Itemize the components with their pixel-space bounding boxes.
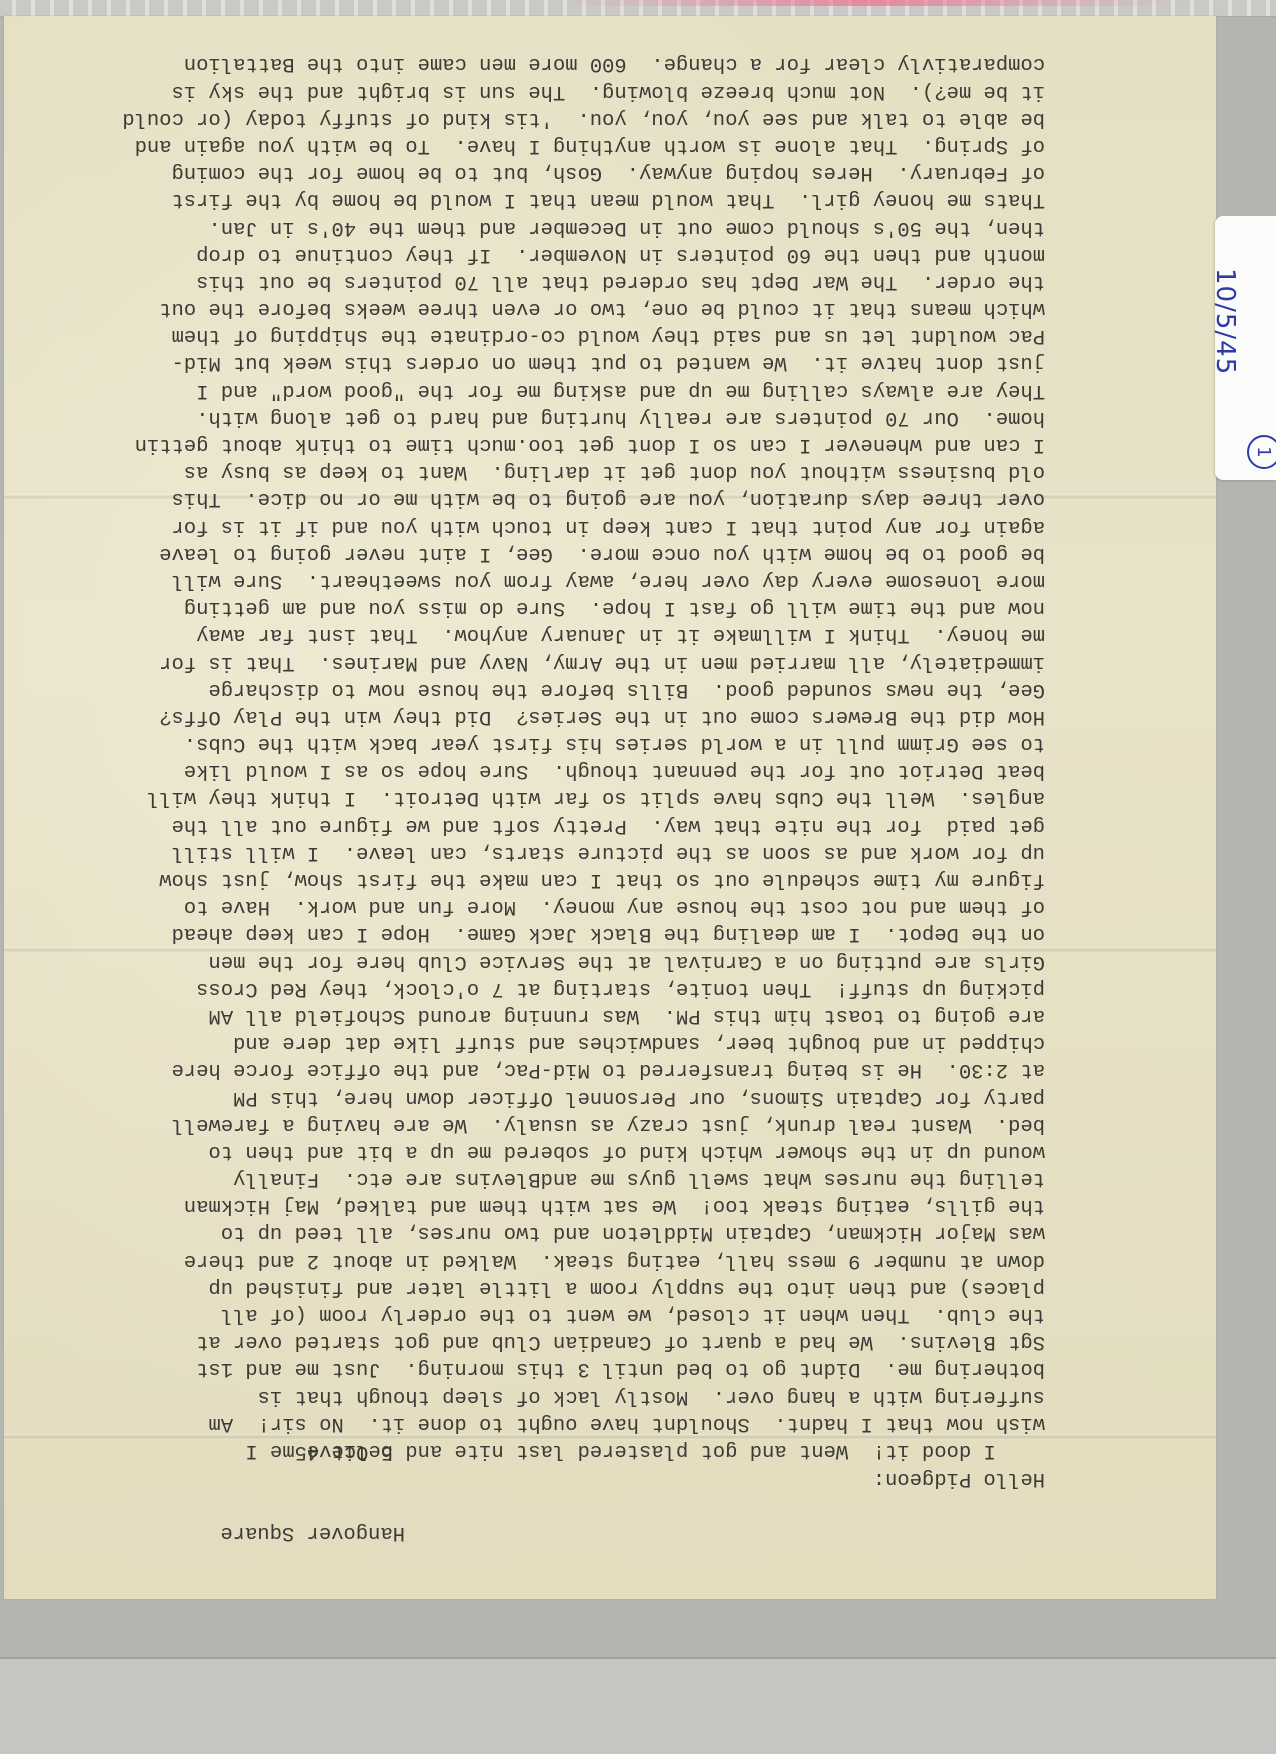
- letter-line: of them and not cost the house any money…: [122, 893, 1045, 920]
- scanner-bed: [0, 1657, 1276, 1754]
- letter-line: down at number 9 mess hall, eating steak…: [122, 1247, 1045, 1274]
- letter-line: more lonesome every day over here, away …: [122, 567, 1045, 594]
- letter-line: Thats me honey girl. That would mean tha…: [122, 186, 1045, 213]
- letter-line: of Spring. That alone is worth anything …: [122, 132, 1045, 159]
- letter-line: on the Depot. I am dealing the Black Jac…: [122, 920, 1045, 947]
- letter-line: me honey. Think I willmake it in January…: [122, 621, 1045, 648]
- letter-line: to see Grimm pull in a world series his …: [122, 730, 1045, 757]
- letter-line: Gee, the news sounded good. Bills before…: [122, 676, 1045, 703]
- letter-line: over three days duration, you are going …: [122, 485, 1045, 512]
- letter-line: at 2:30. He is being transferred to Mid-…: [122, 1056, 1045, 1083]
- letter-line: places) and then into the supply room a …: [122, 1274, 1045, 1301]
- letter-line: then, the 50's should come out in Decemb…: [122, 213, 1045, 240]
- letter-line: now and the time will go fast I hope. Su…: [122, 594, 1045, 621]
- typed-letter-upside-down: Hangover Square 5 Oct 45 Hello Pidgeon: …: [110, 90, 1045, 1600]
- letter-line: month and then the 60 pointers in Novemb…: [122, 241, 1045, 268]
- letter-line: wish now that I hadnt. Shouldnt have oug…: [122, 1410, 1045, 1437]
- letter-line: was Major Hickman, Captain Middleton and…: [122, 1219, 1045, 1246]
- letter-line: home. Our 70 pointers are really hurting…: [122, 404, 1045, 431]
- letter-line: the order. The War Dept has ordered that…: [122, 268, 1045, 295]
- letter-line: old business without you dont get it dar…: [122, 458, 1045, 485]
- letter-body: I dood it! Went and got plastered last n…: [122, 50, 1045, 1464]
- letter-line: are going to toast him this PM. Was runn…: [122, 1002, 1045, 1029]
- letter-line: figure my time schedule out so that I ca…: [122, 866, 1045, 893]
- letter-line: How did the Brewers come out in the Seri…: [122, 703, 1045, 730]
- letter-line: picking up stuff! Then tonite, starting …: [122, 975, 1045, 1002]
- letter-line: comparativly clear for a change. 600 mor…: [122, 50, 1045, 77]
- letter-line: Girls are putting on a Carnival at the S…: [122, 947, 1045, 974]
- letter-line: it be me?). Not much breeze blowing. The…: [122, 77, 1045, 104]
- heading-location: Hangover Square: [220, 1519, 405, 1546]
- salutation: Hello Pidgeon:: [873, 1465, 1045, 1492]
- letter-line: angles. Well the Cubs have split so far …: [122, 784, 1045, 811]
- letter-line: chipped in and bought beer, sandwiches a…: [122, 1029, 1045, 1056]
- letter-line: up for work and as soon as the picture s…: [122, 839, 1045, 866]
- letter-line: get paid for the nite that way. Pretty s…: [122, 812, 1045, 839]
- letter-line: I dood it! Went and got plastered last n…: [122, 1437, 1045, 1464]
- sleeve-binder-edge: [0, 0, 1276, 17]
- letter-line: wound up in the shower which kind of sob…: [122, 1138, 1045, 1165]
- tab-date-label: 10/5/45: [1210, 268, 1240, 358]
- letter-line: telling the nurses what swell guys me an…: [122, 1165, 1045, 1192]
- letter-line: Pac wouldnt let us and said they would c…: [122, 322, 1045, 349]
- tab-page-number: 1: [1247, 435, 1276, 469]
- letter-line: bothering me. Didnt go to bed until 3 th…: [122, 1355, 1045, 1382]
- letter-line: be good to be home with you once more. G…: [122, 540, 1045, 567]
- letter-line: party for Captain Simons, our Personnel …: [122, 1083, 1045, 1110]
- letter-line: the club. Then when it closed, we went t…: [122, 1301, 1045, 1328]
- letter-line: immediately, all married men in the Army…: [122, 648, 1045, 675]
- letter-line: be able to talk and see you, you, you. '…: [122, 105, 1045, 132]
- letter-line: suffering with a hang over. Mostly lack …: [122, 1382, 1045, 1409]
- letter-line: the gills, eating steak too! We sat with…: [122, 1192, 1045, 1219]
- letter-line: again for any point that I cant keep in …: [122, 512, 1045, 539]
- letter-line: of February. Heres hoping anyway. Gosh, …: [122, 159, 1045, 186]
- letter-line: which means that it could be one, two or…: [122, 295, 1045, 322]
- letter-line: beat Detriot out for the pennant though.…: [122, 757, 1045, 784]
- letter-line: bed. Wasnt real drunk, just crazy as usu…: [122, 1111, 1045, 1138]
- letter-line: just dont hatve it. We wanted to put the…: [122, 349, 1045, 376]
- letter-line: They are always calling me up and asking…: [122, 377, 1045, 404]
- letter-line: I can and whenever I can so I dont get t…: [122, 431, 1045, 458]
- letter-line: Sgt Blevins. We had a quart of Canadian …: [122, 1328, 1045, 1355]
